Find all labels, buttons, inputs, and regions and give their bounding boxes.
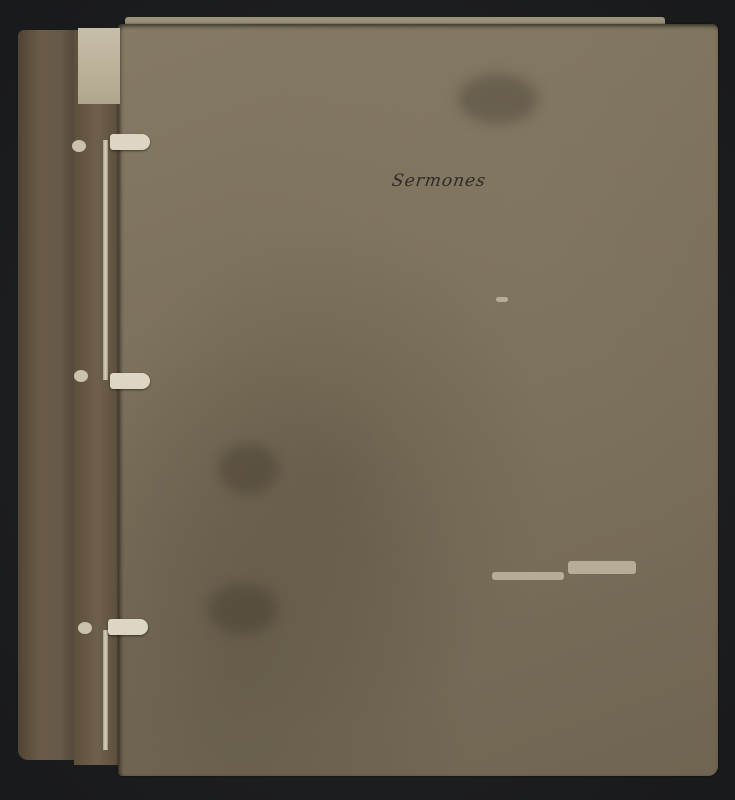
cover-stain: [218, 444, 278, 494]
book-cover: [118, 24, 718, 776]
torn-patch: [568, 561, 636, 574]
torn-patch: [492, 572, 564, 580]
handwritten-title: Sermones: [391, 171, 488, 191]
cover-stain: [208, 584, 278, 634]
photo-background: Sermones: [0, 0, 735, 800]
spine-tie-peg: [110, 134, 150, 150]
spine-tie-peg: [108, 619, 148, 635]
spine-tie-knot: [74, 370, 88, 382]
spine-tie-knot: [72, 140, 86, 152]
cover-stain: [458, 74, 538, 124]
paper-fleck: [496, 297, 508, 302]
binding-thread: [103, 140, 108, 380]
spine-tie-peg: [110, 373, 150, 389]
binding-thread: [103, 630, 108, 750]
book-spine: [18, 30, 80, 760]
spine-tie-knot: [78, 622, 92, 634]
spine-label-strip: [78, 28, 120, 104]
